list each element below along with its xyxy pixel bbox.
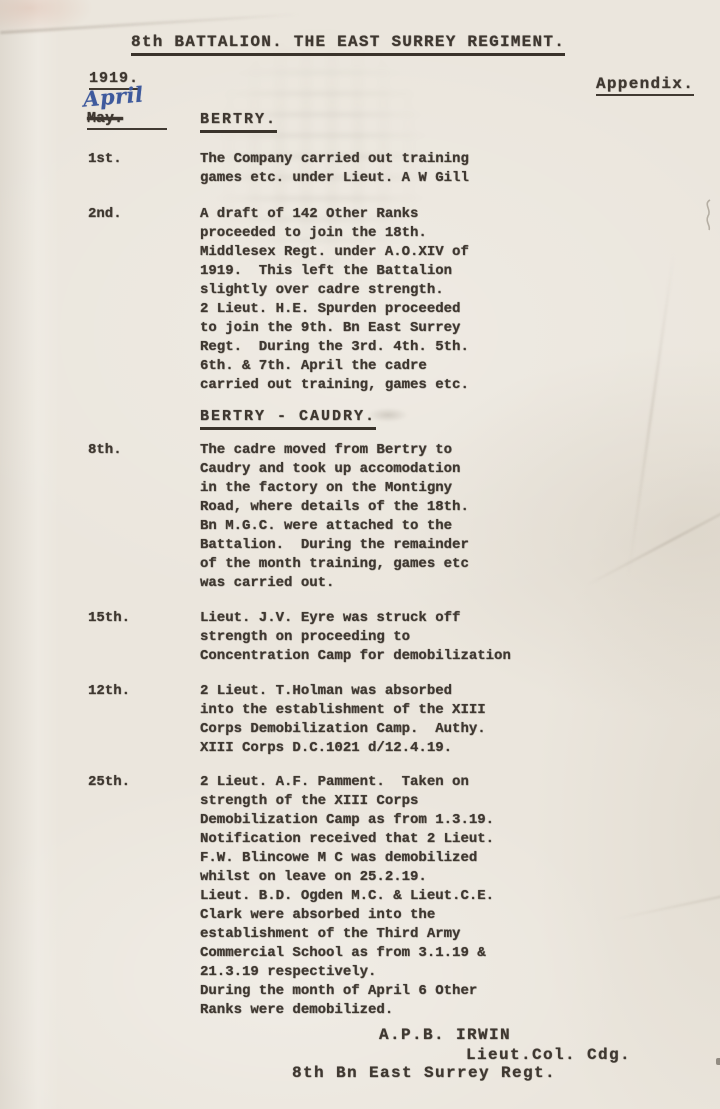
diary-entry: 25th. 2 Lieut. A.F. Pamment. Taken on st… [0, 773, 720, 1020]
entry-date: 15th. [88, 609, 200, 628]
signature-name: A.P.B. IRWIN [379, 1026, 511, 1044]
appendix-label: Appendix. [596, 75, 694, 96]
entry-date: 25th. [88, 773, 200, 792]
handwritten-month-correction: April [82, 81, 144, 111]
entry-date: 8th. [88, 441, 200, 460]
signature-rank: Lieut.Col. Cdg. [466, 1046, 631, 1064]
war-diary-page: 8th BATTALION. THE EAST SURREY REGIMENT.… [0, 0, 720, 1109]
entry-text: 2 Lieut. A.F. Pamment. Taken on strength… [200, 773, 630, 1020]
diary-entry: 12th. 2 Lieut. T.Holman was absorbed int… [0, 682, 720, 758]
struck-month-text: May. [87, 110, 123, 127]
entry-text: The Company carried out training games e… [200, 150, 630, 188]
edge-speck [716, 1058, 720, 1065]
entry-text: 2 Lieut. T.Holman was absorbed into the … [200, 682, 630, 758]
signature-unit: 8th Bn East Surrey Regt. [292, 1064, 556, 1082]
diary-entries: 1st. The Company carried out training ga… [0, 148, 720, 1020]
entry-text: The cadre moved from Bertry to Caudry an… [200, 441, 630, 593]
underline-mark [87, 128, 167, 130]
entry-date: 2nd. [88, 205, 200, 224]
struck-month-label: May. [87, 110, 123, 127]
diary-entry: 15th. Lieut. J.V. Eyre was struck off st… [0, 609, 720, 666]
section-heading-text: BERTRY - CAUDRY. [200, 408, 376, 430]
diary-entry: 2nd. A draft of 142 Other Ranks proceede… [0, 205, 720, 395]
entry-text: A draft of 142 Other Ranks proceeded to … [200, 205, 630, 395]
document-title: 8th BATTALION. THE EAST SURREY REGIMENT. [131, 33, 565, 56]
section-heading-bertry: BERTRY. [200, 110, 277, 128]
diary-entry: 1st. The Company carried out training ga… [0, 150, 720, 188]
entry-text: Lieut. J.V. Eyre was struck off strength… [200, 609, 630, 666]
paper-crease [0, 13, 300, 34]
section-heading-text: BERTRY. [200, 111, 277, 133]
section-heading-bertry-caudry: BERTRY - CAUDRY. [200, 407, 720, 427]
diary-entry: 8th. The cadre moved from Bertry to Caud… [0, 441, 720, 593]
entry-date: 12th. [88, 682, 200, 701]
entry-date: 1st. [88, 150, 200, 169]
